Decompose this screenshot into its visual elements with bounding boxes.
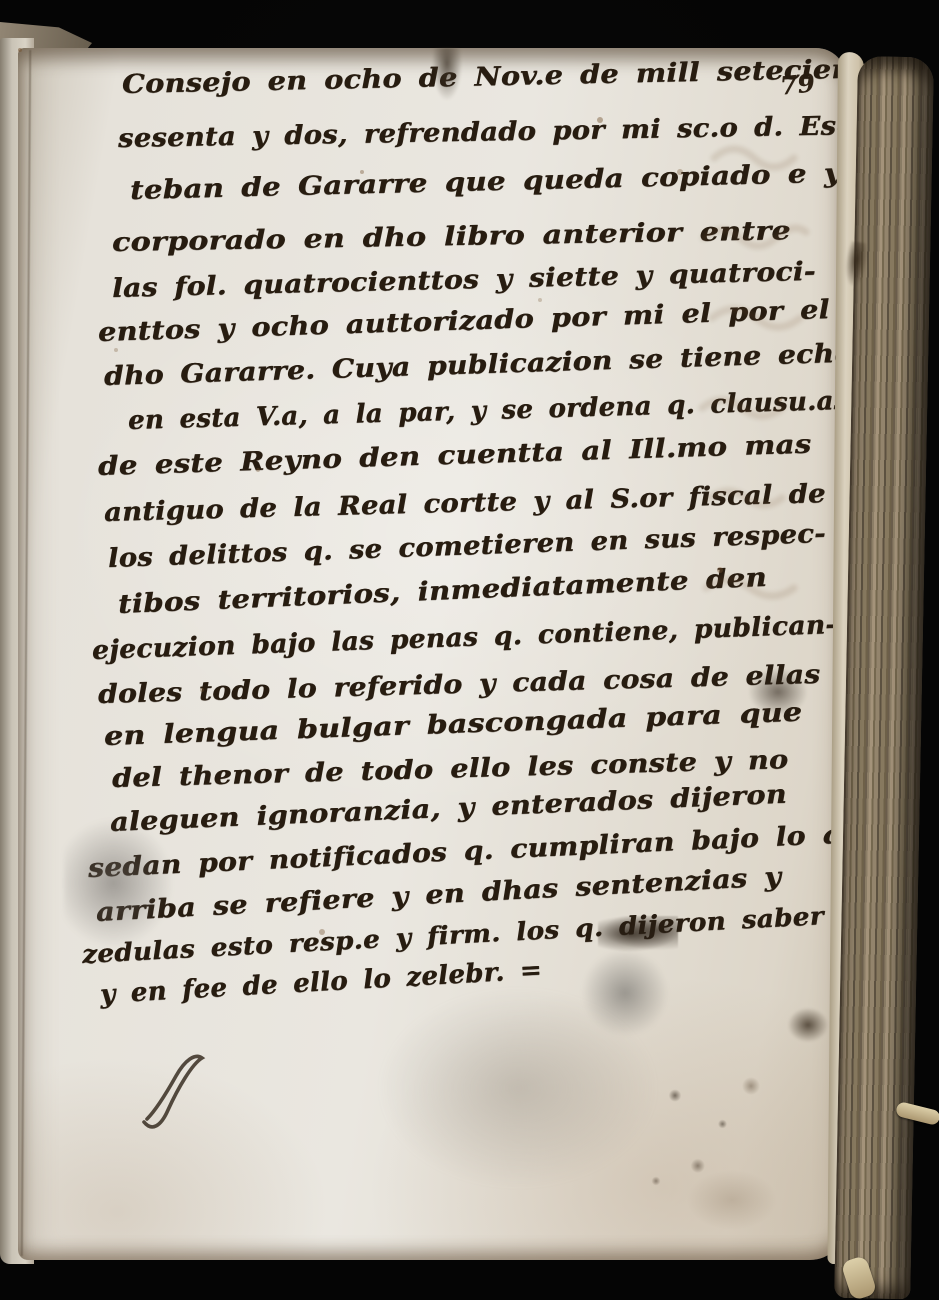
- manuscript-line: dho Gararre. Cuya publicazion se tiene e…: [104, 338, 854, 392]
- manuscript-line: en esta V.a, a la par, y se ordena q. cl…: [128, 386, 849, 436]
- pen-flourish-mark: [130, 1048, 240, 1140]
- manuscript-line: enttos y ocho auttorizado por mi el por …: [98, 295, 831, 348]
- manuscript-line: corporado en dho libro anterior entre: [112, 216, 791, 258]
- stain-bottom-right-specks: [618, 1048, 808, 1238]
- stain-gray-blob: [580, 948, 670, 1038]
- manuscript-line: teban de Gararre que queda copiado e yn-: [130, 158, 876, 206]
- manuscript-line: antiguo de la Real cortte y al S.or fisc…: [104, 479, 826, 528]
- manuscript-page: 79 Consejo en ocho de Nov.e de mill sete…: [18, 48, 846, 1260]
- manuscript-line: las fol. quatrocienttos y siette y quatr…: [112, 257, 816, 304]
- manuscript-line: de este Reyno den cuentta al Ill.mo mas: [98, 430, 812, 482]
- manuscript-line: ejecuzion bajo las penas q. contiene, pu…: [91, 610, 837, 666]
- foxing-speckles: [18, 48, 22, 52]
- stain-bottom-center: [378, 988, 658, 1188]
- photo-black-backdrop: 79 Consejo en ocho de Nov.e de mill sete…: [0, 0, 939, 1300]
- manuscript-line: sesenta y dos, refrendado por mi sc.o d.…: [118, 111, 848, 154]
- manuscript-line: tibos territorios, inmediatamente den: [117, 563, 767, 620]
